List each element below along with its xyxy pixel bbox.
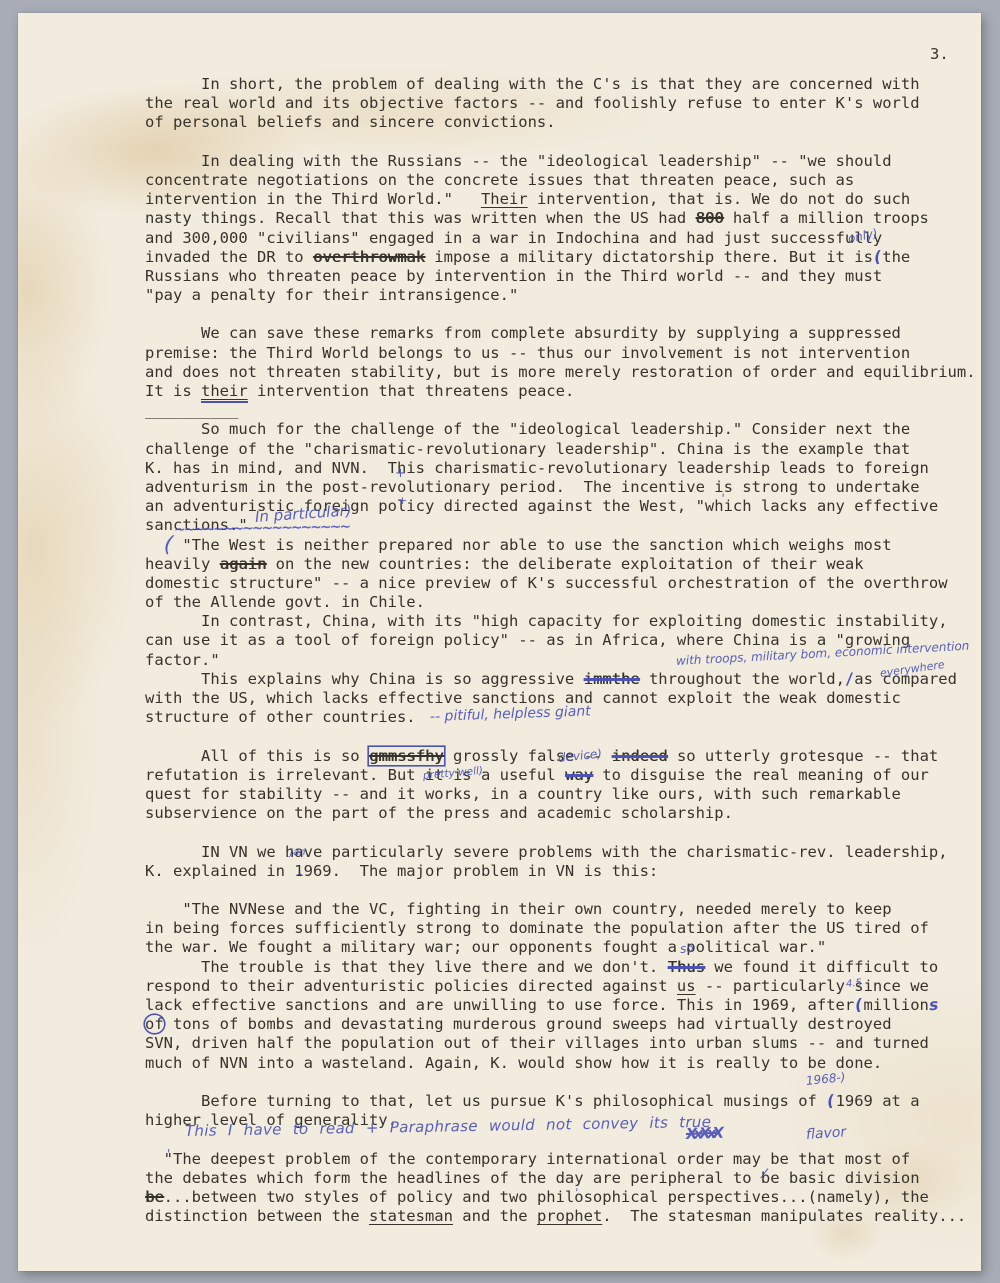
typed-correction: way xyxy=(565,766,593,784)
typed-segment: the war. We fought a military war; our o… xyxy=(145,938,826,956)
typed-line: Russians who threaten peace by intervent… xyxy=(145,267,981,286)
handwritten-annotation: so xyxy=(679,941,694,956)
handwritten-annotation: + xyxy=(395,466,406,481)
typed-segment: tons of bombs and devastating murderous … xyxy=(164,1015,892,1033)
typed-line: challenge of the "charismatic-revolution… xyxy=(145,440,981,459)
handwritten-annotation: flavor xyxy=(805,1124,846,1143)
typed-line xyxy=(145,881,981,900)
typed-line: the real world and its objective factors… xyxy=(145,94,981,113)
typed-line: premise: the Third World belongs to us -… xyxy=(145,344,981,363)
typed-line xyxy=(145,133,981,152)
typed-segment: Russians who threaten peace by intervent… xyxy=(145,267,882,285)
document-page: 3. In short, the problem of dealing with… xyxy=(18,13,981,1271)
typed-segment: intervention that threatens peace. xyxy=(248,382,575,400)
typed-segment: refutation is irrelevant. But it is a us… xyxy=(145,766,565,784)
typed-line: It is their intervention that threatens … xyxy=(145,382,981,401)
typed-line: adventurism in the post-revolutionary pe… xyxy=(145,478,981,497)
typed-segment: intervention, that is. We do not do such xyxy=(528,190,911,208)
typed-line: heavily again on the new countries: the … xyxy=(145,555,981,574)
typed-segment: In dealing with the Russians -- the "ide… xyxy=(145,152,892,170)
typed-segment: of the Allende govt. in Chile. xyxy=(145,593,425,611)
typed-line: refutation is irrelevant. But it is a us… xyxy=(145,766,981,785)
typed-line: invaded the DR to overthrowmak impose a … xyxy=(145,248,981,267)
typed-segment: -- particularly since we xyxy=(696,977,929,995)
typed-line: in being forces sufficiently strong to d… xyxy=(145,919,981,938)
typed-segment: factor." xyxy=(145,651,220,669)
typed-segment: heavily xyxy=(145,555,220,573)
typed-segment: __________ xyxy=(145,401,238,419)
typed-line: "The NVNese and the VC, fighting in thei… xyxy=(145,900,981,919)
typed-correction: of xyxy=(145,1015,164,1033)
typed-segment: respond to their adventuristic policies … xyxy=(145,977,677,995)
typed-correction: prophet xyxy=(537,1207,602,1225)
typed-line: the war. We fought a military war; our o… xyxy=(145,938,981,957)
typed-segment: million xyxy=(864,996,929,1014)
typed-correction: their xyxy=(201,382,248,403)
typed-correction: statesman xyxy=(369,1207,453,1225)
typed-line: This explains why China is so aggressive… xyxy=(145,670,981,689)
typed-correction: immthe xyxy=(584,670,640,688)
typed-segment: Before turning to that, let us pursue K'… xyxy=(145,1092,826,1110)
typed-segment: premise: the Third World belongs to us -… xyxy=(145,344,910,362)
typed-line: domestic structure" -- a nice preview of… xyxy=(145,574,981,593)
typed-segment: much of NVN into a wasteland. Again, K. … xyxy=(145,1054,882,1072)
typed-segment: "The West is neither prepared nor able t… xyxy=(145,536,892,554)
typed-line: be...between two styles of policy and tw… xyxy=(145,1188,981,1207)
typed-segment: . The statesman manipulates reality... xyxy=(602,1207,966,1225)
typed-line: IN VN we have particularly severe proble… xyxy=(145,843,981,862)
typed-line: and does not threaten stability, but is … xyxy=(145,363,981,382)
typed-segment: In contrast, China, with its "high capac… xyxy=(145,612,948,630)
typed-segment: so utterly grotesque -- that xyxy=(668,747,939,765)
typed-line: concentrate negotiations on the concrete… xyxy=(145,171,981,190)
typed-line xyxy=(145,1073,981,1092)
typed-segment: half a million troops xyxy=(724,209,929,227)
handwritten-annotation: + xyxy=(398,494,407,507)
typed-correction: be xyxy=(145,1188,164,1206)
typed-line: "The West is neither prepared nor able t… xyxy=(145,536,981,555)
typed-segment: So much for the challenge of the "ideolo… xyxy=(145,420,910,438)
typed-segment: the real world and its objective factors… xyxy=(145,94,920,112)
typed-correction: indeed xyxy=(612,747,668,765)
handwritten-annotation: Jan xyxy=(290,847,305,858)
typed-line: lack effective sanctions and are unwilli… xyxy=(145,996,981,1015)
typed-segment: It is xyxy=(145,382,201,400)
handwritten-annotation: 4.5 xyxy=(846,978,863,990)
typed-segment: SVN, driven half the population out of t… xyxy=(145,1034,929,1052)
typed-segment: nasty things. Recall that this was writt… xyxy=(145,209,696,227)
typed-segment: subservience on the part of the press an… xyxy=(145,804,733,822)
typed-correction: 800 xyxy=(696,209,724,227)
typed-line xyxy=(145,305,981,324)
typed-line: In dealing with the Russians -- the "ide… xyxy=(145,152,981,171)
typed-correction: s xyxy=(928,996,939,1016)
typed-line: much of NVN into a wasteland. Again, K. … xyxy=(145,1054,981,1073)
typed-segment: of personal beliefs and sincere convicti… xyxy=(145,113,556,131)
typed-line: K. has in mind, and NVN. This charismati… xyxy=(145,459,981,478)
typed-segment: "pay a penalty for their intransigence." xyxy=(145,286,518,304)
typed-segment: IN VN we have particularly severe proble… xyxy=(145,843,948,861)
typed-line: "pay a penalty for their intransigence." xyxy=(145,286,981,305)
typed-segment: and does not threaten stability, but is … xyxy=(145,363,976,381)
typed-line: intervention in the Third World." Their … xyxy=(145,190,981,209)
typed-line: We can save these remarks from complete … xyxy=(145,324,981,343)
typed-segment: intervention in the Third World." xyxy=(145,190,481,208)
typed-segment: lack effective sanctions and are unwilli… xyxy=(145,996,854,1014)
typed-line: "The deepest problem of the contemporary… xyxy=(145,1150,981,1169)
typed-line xyxy=(145,727,981,746)
typed-correction: Their xyxy=(481,190,528,208)
typed-segment: distinction between the xyxy=(145,1207,369,1225)
typed-line: of personal beliefs and sincere convicti… xyxy=(145,113,981,132)
typed-segment: ...between two styles of policy and two … xyxy=(164,1188,929,1206)
typed-correction: again xyxy=(220,555,267,573)
typed-segment: K. has in mind, and NVN. This charismati… xyxy=(145,459,929,477)
typed-line: In contrast, China, with its "high capac… xyxy=(145,612,981,631)
typed-line: The trouble is that they live there and … xyxy=(145,958,981,977)
handwritten-annotation: XxXxX xyxy=(686,1124,721,1143)
typed-segment: "The NVNese and the VC, fighting in thei… xyxy=(145,900,892,918)
typed-correction: / xyxy=(844,669,855,689)
typed-segment: concentrate negotiations on the concrete… xyxy=(145,171,854,189)
typed-correction: us xyxy=(677,977,696,995)
typed-segment: We can save these remarks from complete … xyxy=(145,324,901,342)
typed-line: nasty things. Recall that this was writt… xyxy=(145,209,981,228)
typed-line: of the Allende govt. in Chile. xyxy=(145,593,981,612)
typed-correction: gmmssfhy xyxy=(369,747,444,765)
typed-segment: the xyxy=(882,248,910,266)
typed-segment: invaded the DR to xyxy=(145,248,313,266)
typed-segment: "The deepest problem of the contemporary… xyxy=(145,1150,910,1168)
typed-segment: the debates which form the headlines of … xyxy=(145,1169,920,1187)
scanned-document-background: 3. In short, the problem of dealing with… xyxy=(0,0,1000,1283)
typed-line: __________ xyxy=(145,401,981,420)
typed-segment: This explains why China is so aggressive xyxy=(145,670,584,688)
typed-line: quest for stability -- and it works, in … xyxy=(145,785,981,804)
typed-correction: overthrowmak xyxy=(313,248,425,266)
typed-correction: ( xyxy=(872,247,883,267)
page-number: 3. xyxy=(930,45,949,63)
typed-line: of tons of bombs and devastating murdero… xyxy=(145,1015,981,1034)
typed-segment: to disguise the real meaning of our xyxy=(593,766,929,784)
typed-line xyxy=(145,823,981,842)
typed-segment: and the xyxy=(453,1207,537,1225)
typed-segment: quest for stability -- and it works, in … xyxy=(145,785,901,803)
typed-segment: structure of other countries. xyxy=(145,708,416,726)
typed-line: subservience on the part of the press an… xyxy=(145,804,981,823)
handwritten-annotation: ' xyxy=(167,1147,170,1161)
typed-segment: In short, the problem of dealing with th… xyxy=(145,75,920,93)
typed-segment: All of this is so xyxy=(145,747,369,765)
typed-line: Before turning to that, let us pursue K'… xyxy=(145,1092,981,1111)
typed-segment: adventurism in the post-revolutionary pe… xyxy=(145,478,920,496)
typed-line: In short, the problem of dealing with th… xyxy=(145,75,981,94)
typed-segment: throughout the world, xyxy=(640,670,845,688)
typed-segment: domestic structure" -- a nice preview of… xyxy=(145,574,948,592)
typed-segment: impose a military dictatorship there. Bu… xyxy=(425,248,873,266)
typed-segment: 1969 at a xyxy=(836,1092,920,1110)
handwritten-annotation: ~~~~~~~~~~~~~~~~~~ xyxy=(174,519,349,538)
typed-segment: with the US, which lacks effective sanct… xyxy=(145,689,901,707)
typed-segment: K. explained in 1969. The major problem … xyxy=(145,862,658,880)
typed-correction: Thus xyxy=(668,958,705,976)
typed-segment: and 300,000 "civilians" engaged in a war… xyxy=(145,229,882,247)
typed-correction: ( xyxy=(853,996,864,1016)
typed-segment: The trouble is that they live there and … xyxy=(145,958,668,976)
typed-segment: on the new countries: the deliberate exp… xyxy=(266,555,863,573)
handwritten-annotation: ^ xyxy=(295,871,304,884)
typed-line: So much for the challenge of the "ideolo… xyxy=(145,420,981,439)
typed-correction: ( xyxy=(825,1092,836,1112)
typed-segment: challenge of the "charismatic-revolution… xyxy=(145,440,910,458)
typed-line: SVN, driven half the population out of t… xyxy=(145,1034,981,1053)
typed-segment: in being forces sufficiently strong to d… xyxy=(145,919,929,937)
typed-line: distinction between the statesman and th… xyxy=(145,1207,981,1226)
typed-line: K. explained in 1969. The major problem … xyxy=(145,862,981,881)
typed-line: the debates which form the headlines of … xyxy=(145,1169,981,1188)
typed-segment: we found it difficult to xyxy=(705,958,938,976)
